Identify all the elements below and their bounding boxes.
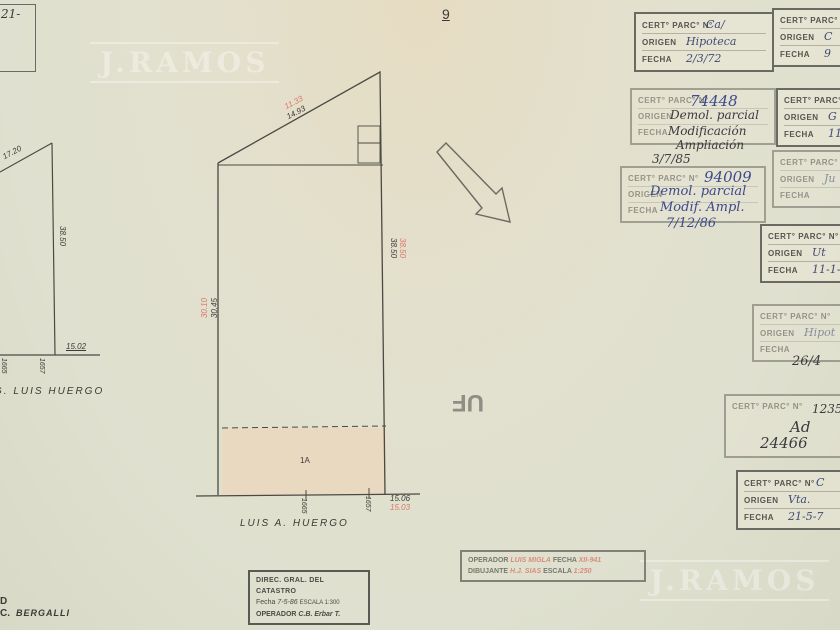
stamp-3-fecha-value: Modificación — [668, 124, 746, 138]
stamp-5-origen-value: Demol. parcial — [650, 184, 746, 199]
operator-stamp: OPERADOR LUIS MIGLA FECHA XII-941 DIBUJA… — [460, 550, 646, 582]
catastro-operador-label: OPERADOR — [256, 611, 296, 618]
bottom-left-line1: D — [0, 596, 7, 607]
main-bottom-dim-old: 15.06 — [390, 494, 410, 503]
operator-value: LUIS MIGLA — [510, 557, 550, 564]
operator-fecha-value: XII-941 — [579, 557, 602, 564]
bottom-left-line2: C. — [0, 608, 10, 619]
escala-value: 1:250 — [574, 568, 592, 575]
main-bottom-dim-new: 15.03 — [390, 503, 410, 512]
stamp-3-extra-2: 3/7/85 — [652, 152, 691, 166]
bottom-left-name: BERGALLI — [16, 608, 70, 618]
escala-label: ESCALA — [543, 568, 572, 575]
catastro-title: DIREC. GRAL. DEL CATASTRO — [256, 575, 362, 597]
cert-stamp-4: CERT° PARC° ORIGENG FECHA11 — [776, 88, 840, 147]
cert-stamp-7: CERT° PARC° N° ORIGENUt FECHA11-1-6 — [760, 224, 840, 283]
stamp-8-fecha-value: 26/4 — [792, 354, 821, 369]
main-plot-street: LUIS A. HUERGO — [240, 518, 349, 529]
catastro-operador-value: C.B. Erbar T. — [298, 611, 340, 618]
stamp-9-fecha-value: 24466 — [760, 434, 808, 452]
dibujante-value: H.J. SIAS — [510, 568, 541, 575]
stamp-9-cert-value: 1235 — [812, 402, 840, 416]
cert-stamp-2: CERT° PARC° ORIGENC FECHA9 — [772, 8, 840, 67]
main-right-dim-old: 38.50 — [389, 238, 398, 258]
main-tick-b: 1657 — [364, 496, 371, 512]
cert-stamp-1: CERT° PARC° N°Ca/ ORIGENHipoteca FECHA2/… — [634, 12, 774, 72]
catastro-fecha-label: Fecha — [256, 599, 275, 606]
main-tick-a: 1665 — [300, 498, 307, 514]
main-left-dim-new: 30.45 — [210, 298, 219, 318]
stamp-5-extra: Modif. Ampl. — [660, 200, 745, 215]
cert-stamp-6: CERT° PARC° N° ORIGENJu FECHA — [772, 150, 840, 208]
catastro-fecha-value: 7-5-86 — [277, 599, 297, 606]
dibujante-label: DIBUJANTE — [468, 568, 508, 575]
catastro-escala: ESCALA 1:300 — [300, 600, 340, 606]
main-right-dim-new: 38.50 — [398, 238, 407, 258]
north-arrow-icon — [434, 140, 518, 226]
uf-mark: UF — [452, 388, 484, 416]
catastro-stamp: DIREC. GRAL. DEL CATASTRO Fecha 7-5-86 E… — [248, 570, 370, 625]
stamp-3-origen-value: Demol. parcial — [670, 108, 759, 122]
cert-stamp-10: CERT° PARC° N°C ORIGENVta. FECHA21-5-7 — [736, 470, 840, 530]
operator-label: OPERADOR — [468, 557, 508, 564]
stamp-3-extra-1: Ampliación — [676, 138, 744, 152]
stamp-5-fecha-value: 7/12/86 — [666, 216, 716, 231]
unit-label: 1A — [300, 456, 310, 465]
operator-fecha-label: FECHA — [553, 557, 577, 564]
main-left-dim-old: 30.10 — [200, 298, 209, 318]
